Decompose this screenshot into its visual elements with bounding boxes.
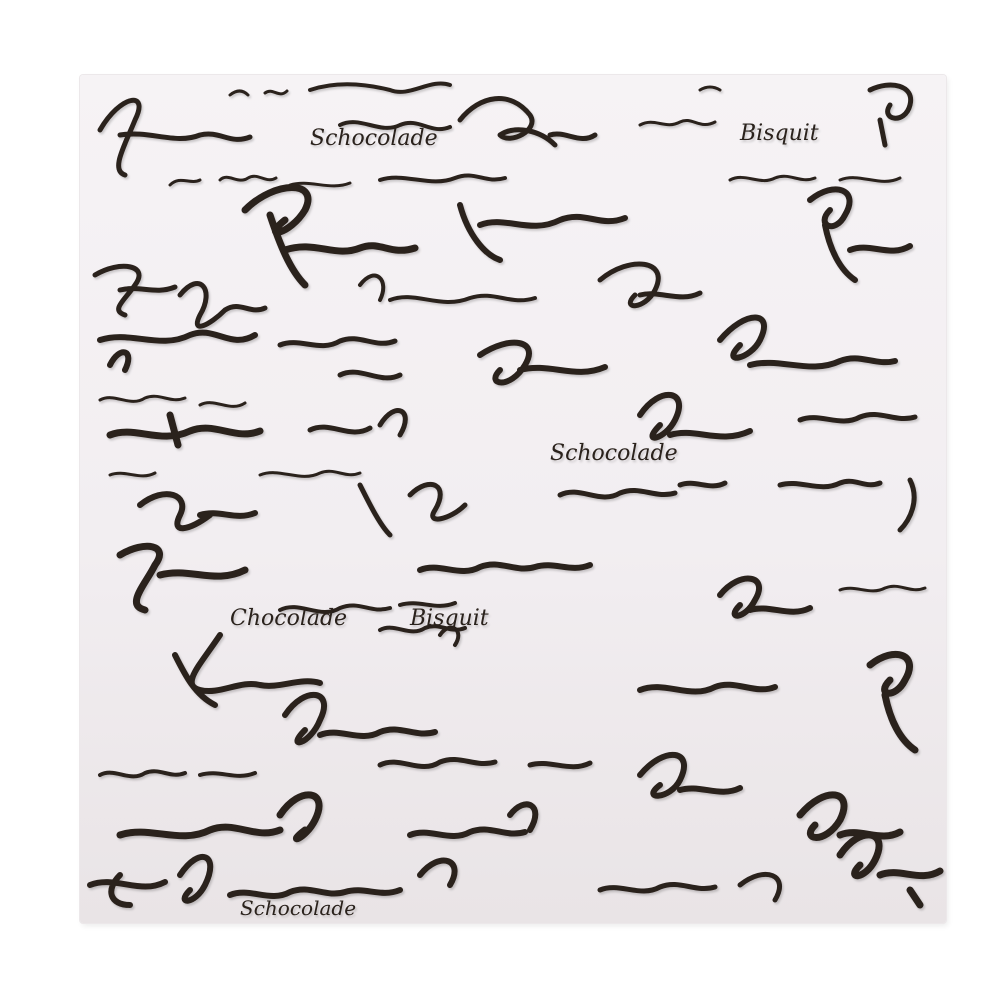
script-word: Bisquit	[409, 606, 489, 631]
embossing-folder: Schocolade Bisquit Chocolade Bisquit Sch…	[80, 75, 946, 923]
script-pattern: Schocolade Bisquit Chocolade Bisquit Sch…	[80, 75, 946, 923]
script-word: Schocolade	[550, 441, 678, 466]
script-word: Bisquit	[739, 121, 819, 146]
script-word: Chocolade	[230, 606, 347, 631]
script-word: Schocolade	[310, 126, 438, 151]
script-word: Schocolade	[240, 896, 356, 920]
